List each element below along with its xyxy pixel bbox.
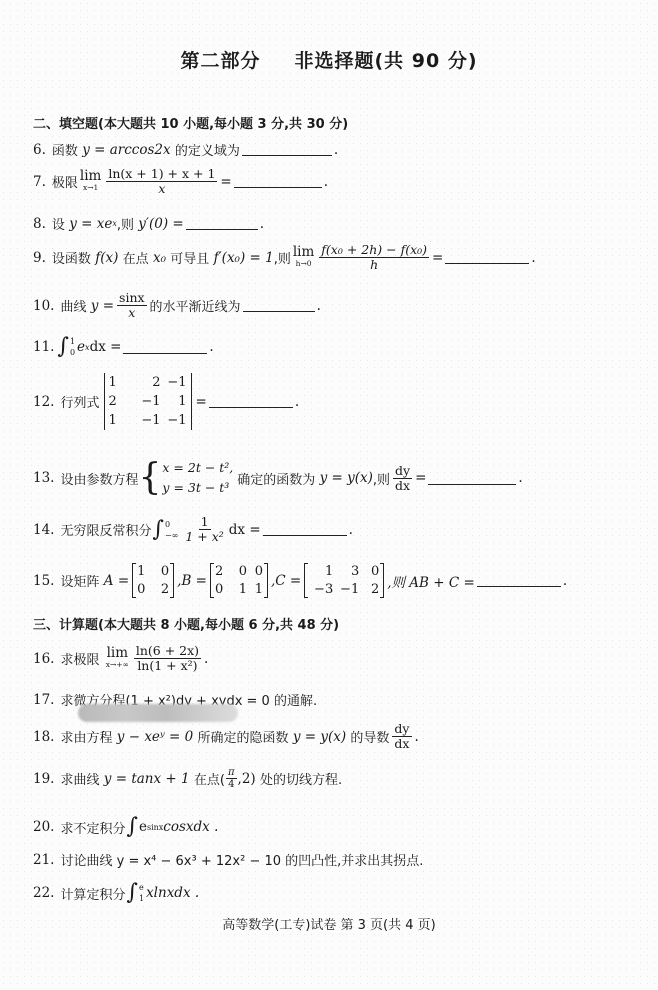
fraction: dydx [392,722,411,751]
fraction: sinxx [117,291,147,320]
matrix-b: 200 011 [210,563,268,598]
redacted-blur [78,704,238,722]
question-18: 18. 求由方程 y − xeʸ = 0 所确定的隐函数 y = y(x) 的导… [33,722,419,751]
question-8: 8. 设 y = xex ,则 y′(0) = . [33,214,264,233]
page-title: 第二部分非选择题(共 90 分) [0,46,658,73]
integral-sign: ∫ [57,336,68,358]
answer-blank[interactable] [242,143,332,156]
determinant: 12−1 2−11 1−1−1 [104,373,192,430]
question-13: 13. 设由参数方程 { x = 2t − t², y = 3t − t³ 确定… [33,458,523,498]
question-6: 6. 函数 y = arccos2x 的定义域为 . [33,140,338,159]
question-15: 15. 设矩阵 A = 10 02 ,B = 200 011 ,C = 130 … [33,563,567,598]
answer-blank[interactable] [209,395,293,408]
answer-blank[interactable] [186,217,258,230]
question-10: 10. 曲线 y = sinxx 的水平渐近线为 . [33,291,321,320]
question-14: 14. 无穷限反常积分 ∫ 0−∞ 11 + x² dx = . [33,515,353,544]
question-7: 7. 极限 limx→1 ln(x + 1) + x + 1x = . [33,167,328,196]
question-21: 21. 讨论曲线 y = x⁴ − 6x³ + 12x² − 10 的凹凸性,并… [33,850,423,869]
page-footer: 高等数学(工专)试卷 第 3 页(共 4 页) [0,914,658,933]
section-3-heading: 三、计算题(本大题共 8 小题,每小题 6 分,共 48 分) [33,614,339,633]
integral-sign: ∫ [127,816,138,838]
question-12: 12. 行列式 12−1 2−11 1−1−1 = . [33,373,299,430]
question-19: 19. 求曲线 y = tanx + 1 在点( π4 ,2) 处的切线方程. [33,767,342,790]
answer-blank[interactable] [477,574,561,587]
fraction: f(x₀ + 2h) − f(x₀)h [319,243,429,272]
answer-blank[interactable] [428,472,516,485]
question-20: 20. 求不定积分 ∫ esinx cosxdx . [33,816,218,838]
question-11: 11. ∫ 10 ex dx = . [33,336,214,358]
question-9: 9. 设函数 f(x) 在点 x₀ 可导且 f′(x₀) = 1 ,则 limh… [33,243,536,272]
matrix-c: 130 −3−12 [304,563,384,598]
section-2-heading: 二、填空题(本大题共 10 小题,每小题 3 分,共 30 分) [33,113,348,132]
question-16: 16. 求极限 limx→+∞ ln(6 + 2x)ln(1 + x²) . [33,644,208,673]
matrix-a: 10 02 [132,563,174,598]
fraction: ln(x + 1) + x + 1x [106,167,217,196]
answer-blank[interactable] [263,523,347,536]
question-22: 22. 计算定积分 ∫ e1 xlnxdx . [33,882,199,904]
part-name: 非选择题(共 90 分) [294,50,477,72]
integral-sign: ∫ [153,519,164,541]
brace: { [139,460,162,496]
fraction: π4 [226,767,237,790]
answer-blank[interactable] [234,175,322,188]
fraction: dydx [393,464,412,493]
fraction: ln(6 + 2x)ln(1 + x²) [134,644,201,673]
answer-blank[interactable] [445,251,529,264]
answer-blank[interactable] [123,341,207,354]
answer-blank[interactable] [243,299,315,312]
fraction: 11 + x² [183,515,225,544]
part-label: 第二部分 [180,50,260,72]
integral-sign: ∫ [127,882,138,904]
